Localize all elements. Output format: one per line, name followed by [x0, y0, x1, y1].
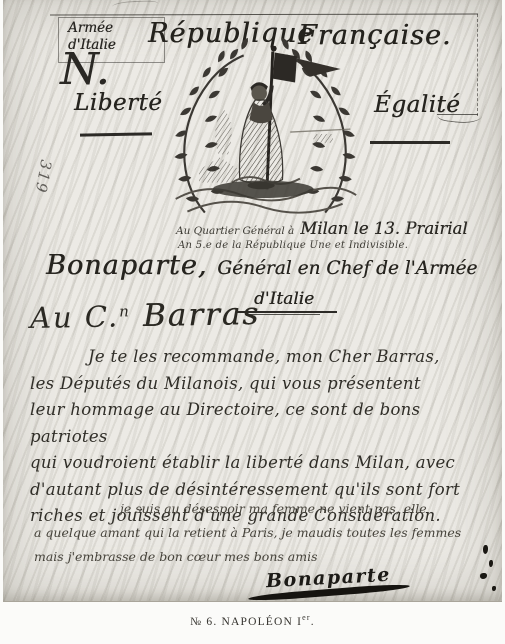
postscript-line: a quelque amant qui la retient à Paris, …: [34, 521, 480, 545]
dateline-handwritten-date: Milan le 13. Prairial: [300, 219, 467, 238]
body-line: Je te les recommande, mon Cher Barras,: [30, 344, 494, 371]
postscript-line: mais j'embrasse de bon cœur mes bons ami…: [34, 545, 480, 569]
scanned-letter-page: Armée d'Italie République Française. N. …: [0, 0, 505, 644]
sender-title-line2: d'Italie: [254, 289, 314, 309]
sender-name: Bonaparte,: [46, 250, 207, 281]
flag-banner: [273, 52, 297, 82]
body-line: qui voudroient établir la liberté dans M…: [30, 450, 494, 477]
body-line: leur hommage au Directoire, ce sont de b…: [30, 397, 494, 450]
number-mark: N.: [60, 44, 110, 95]
dateline: Au Quartier Général àMilan le 13. Prairi…: [176, 219, 496, 251]
body-line: les Députés du Milanois, qui vous présen…: [30, 371, 494, 398]
sender-heading: Bonaparte,Général en Chef de l'Armée: [46, 250, 477, 281]
plate-caption: № 6. NAPOLÉON Ier.: [0, 613, 505, 628]
addressee-superscript: n: [119, 302, 129, 320]
dateline-line-1: Au Quartier Général àMilan le 13. Prairi…: [176, 219, 496, 238]
addressee-name: Barras: [143, 296, 261, 334]
postscript-line: je suis au désespoir ma femme ne vient p…: [34, 497, 480, 521]
liberty-figure: [239, 46, 340, 190]
emblem-svg: [146, 36, 384, 230]
caption-period: .: [311, 616, 315, 628]
caption-text: № 6. NAPOLÉON I: [190, 616, 302, 628]
frame-right-line: [477, 14, 478, 116]
addressee-prefix: Au C.: [30, 299, 120, 335]
caption-superscript: er: [302, 613, 311, 622]
dateline-printed-prefix: Au Quartier Général à: [176, 225, 294, 237]
head: [251, 85, 267, 101]
flag-pennant: [296, 58, 341, 76]
addressee-line: Au C.nBarras: [30, 296, 261, 336]
letter-postscript: je suis au désespoir ma femme ne vient p…: [34, 497, 480, 569]
sender-title: Général en Chef de l'Armée: [217, 258, 477, 279]
pencil-marks: [112, 0, 158, 12]
republic-allegory-engraving-icon: [146, 36, 384, 230]
